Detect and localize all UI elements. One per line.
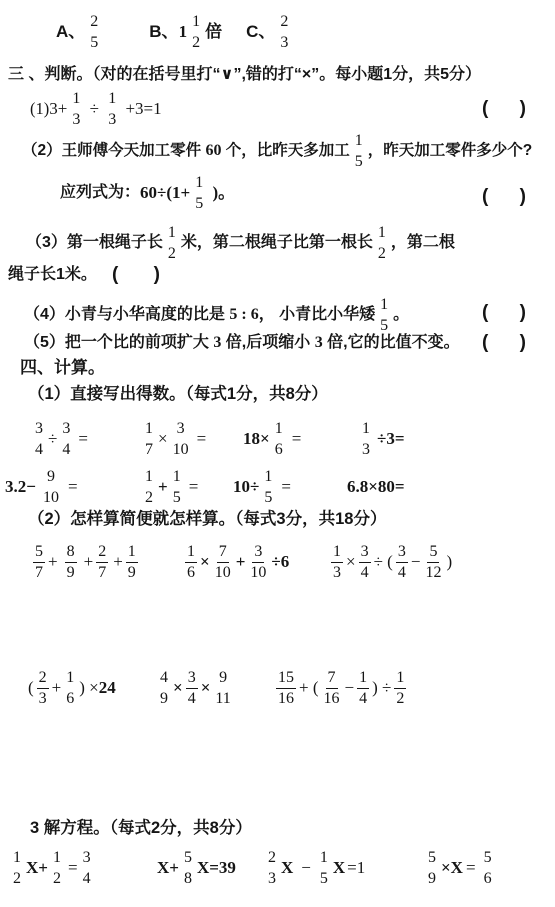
fraction-numerator: 2: [96, 544, 108, 563]
paren-close: ): [520, 332, 526, 354]
paren-open: (: [482, 332, 488, 354]
text-run: 三 、判断。（对的在括号里打“∨”,错的打“×”。每小题1分，共5分）: [8, 66, 481, 84]
text-run: 倍: [205, 22, 222, 42]
fraction-numerator: 1: [353, 133, 365, 153]
fraction: 911: [213, 670, 232, 707]
fraction: 12: [51, 850, 63, 887]
fraction-numerator: 5: [482, 850, 494, 870]
paren-close: ): [520, 98, 526, 120]
fraction-denominator: 10: [248, 564, 268, 581]
section3-title: 三 、判断。（对的在括号里打“∨”,错的打“×”。每小题1分，共5分）: [8, 62, 481, 88]
fraction-numerator: 3: [81, 850, 93, 870]
fraction-denominator: 7: [96, 564, 108, 581]
fraction: 15: [193, 175, 205, 212]
text-run: 3+: [49, 99, 67, 119]
fraction: 12: [166, 225, 178, 262]
fraction-denominator: 6: [482, 870, 494, 887]
fraction-denominator: 12: [423, 564, 443, 581]
fraction-numerator: 1: [262, 469, 274, 489]
text-run: ×X: [441, 858, 463, 878]
fraction: 34: [186, 670, 198, 707]
text-run: −: [301, 858, 311, 878]
text-run: =: [78, 429, 88, 449]
text-run: 绳子长1米。: [8, 266, 97, 284]
fraction-numerator: 1: [360, 421, 372, 441]
fraction: 710: [213, 544, 233, 581]
section4-sub1: （1）直接写出得数。（每式1分，共8分）: [28, 381, 328, 407]
calc-a4: 13÷3=: [357, 414, 405, 464]
fraction: 15: [262, 469, 274, 506]
text-run: A、: [56, 22, 85, 42]
text-run: 个，比昨天多加工: [221, 142, 349, 160]
text-run: ，第二根: [391, 234, 455, 252]
answer-parentheses: (): [112, 264, 160, 286]
text-run: 18×: [243, 429, 270, 449]
paren-open: (: [482, 98, 488, 120]
fraction: 19: [126, 544, 138, 581]
calc-b4: 6.8×80=: [347, 462, 405, 512]
fraction-numerator: 1: [378, 297, 390, 317]
fraction-numerator: 1: [331, 544, 343, 563]
fraction-numerator: 5: [427, 544, 439, 563]
judge-answer-5: (): [482, 330, 526, 356]
fraction: 56: [482, 850, 494, 887]
fraction-denominator: 3: [37, 690, 49, 707]
spacer: [36, 487, 38, 488]
fraction: 17: [143, 421, 155, 458]
fraction: 13: [360, 421, 372, 458]
equation-e3: 23X−15X=1: [263, 841, 365, 895]
fraction-denominator: 9: [158, 690, 170, 707]
text-run: 1: [179, 22, 188, 42]
fraction-numerator: 1: [171, 469, 183, 489]
fraction-numerator: 3: [396, 544, 408, 563]
simplify-d3: 1516+ (716−14) ÷12: [273, 660, 409, 716]
fraction-denominator: 11: [213, 690, 232, 707]
fraction: 34: [359, 544, 371, 581]
text-run: 60÷(1+: [140, 183, 190, 203]
answer-parentheses: (): [482, 332, 526, 354]
fraction: 12: [190, 14, 202, 51]
text-run: )。: [208, 183, 235, 203]
fraction: 49: [158, 670, 170, 707]
fraction-numerator: 1: [126, 544, 138, 563]
text-run: =1: [347, 858, 365, 878]
text-run: +3=1: [121, 99, 161, 119]
text-run: ×: [173, 678, 183, 698]
calc-b1: 3.2−910=: [5, 462, 78, 512]
text-run: =: [281, 477, 291, 497]
fraction: 716: [322, 670, 342, 707]
text-run: +: [84, 552, 94, 572]
choice-options-line: A、25B、112倍C、23: [56, 8, 293, 56]
fraction: 16: [273, 421, 285, 458]
solve-title: 3 解方程。（每式2分，共8分）: [30, 815, 252, 841]
text-run: ÷: [85, 99, 103, 119]
fraction-numerator: 8: [65, 544, 77, 563]
fraction-numerator: 1: [190, 14, 202, 34]
text-run: 倍,它的比值不变。: [323, 334, 460, 352]
fraction-numerator: 1: [318, 850, 330, 870]
text-run: 24: [99, 678, 116, 698]
fraction-denominator: 5: [88, 34, 100, 51]
text-run: ) ×: [79, 678, 99, 698]
fraction: 12: [376, 225, 388, 262]
text-run: ÷6: [271, 552, 289, 572]
text-run: C、: [246, 22, 275, 42]
fraction: 25: [88, 14, 100, 51]
calc-a1: 34÷34=: [30, 414, 88, 464]
fraction: 23: [266, 850, 278, 887]
fraction-numerator: 2: [88, 14, 100, 34]
fraction-denominator: 4: [33, 441, 45, 458]
fraction-numerator: 1: [166, 225, 178, 245]
text-run: −: [345, 678, 355, 698]
fraction-denominator: 4: [359, 564, 371, 581]
fraction-denominator: 6: [273, 441, 285, 458]
fraction-numerator: 1: [51, 850, 63, 870]
text-run: （5）把一个比的前项扩大: [24, 334, 213, 352]
simplify-c1: 57+89+27+19: [30, 534, 141, 590]
paren-close: ): [520, 186, 526, 208]
fraction: 310: [171, 421, 191, 458]
simplify-c2: 16×710+310÷6: [182, 534, 289, 590]
answer-parentheses: (): [482, 302, 526, 324]
fraction-numerator: 2: [37, 670, 49, 689]
judge-answer-2: (): [482, 184, 526, 210]
fraction-denominator: 5: [353, 153, 365, 170]
fraction: 12: [143, 469, 155, 506]
fraction: 23: [37, 670, 49, 707]
text-run: ÷3=: [377, 429, 405, 449]
text-run: （2）怎样算简便就怎样算。（每式3分，共18分）: [28, 510, 386, 529]
text-run: + (: [299, 678, 319, 698]
text-run: （1）直接写出得数。（每式1分，共8分）: [28, 385, 328, 404]
fraction-numerator: 9: [45, 469, 57, 489]
paren-open: (: [112, 264, 118, 286]
fraction-denominator: 9: [426, 870, 438, 887]
fraction-denominator: 4: [396, 564, 408, 581]
text-run: −: [411, 552, 421, 572]
text-run: =: [68, 477, 78, 497]
fraction-numerator: 5: [426, 850, 438, 870]
text-run: ， 小青比小华矮: [259, 306, 375, 324]
text-run: +: [113, 552, 123, 572]
fraction-denominator: 8: [182, 870, 194, 887]
text-run: =: [189, 477, 199, 497]
text-run: ): [446, 552, 452, 572]
fraction-denominator: 3: [106, 111, 118, 128]
simplify-c3: 13×34÷ (34−512): [328, 534, 452, 590]
calc-b3: 10÷15=: [233, 462, 291, 512]
fraction: 34: [396, 544, 408, 581]
spacer: [103, 32, 149, 33]
judge-item-5: （5）把一个比的前项扩大 3 倍,后项缩小 3 倍,它的比值不变。: [24, 330, 460, 356]
judge-item-2-line2: 应列式为：60÷(1+15 )。: [60, 168, 235, 218]
fraction-denominator: 2: [51, 870, 63, 887]
fraction-numerator: 15: [276, 670, 296, 689]
judge-answer-4: (): [482, 300, 526, 326]
fraction-denominator: 7: [33, 564, 45, 581]
fraction: 89: [65, 544, 77, 581]
fraction-numerator: 1: [106, 91, 118, 111]
fraction: 34: [60, 421, 72, 458]
fraction-denominator: 2: [11, 870, 23, 887]
judge-item-3-line2: 绳子长1米。: [8, 262, 97, 288]
fraction: 14: [357, 670, 369, 707]
fraction: 15: [353, 133, 365, 170]
fraction-numerator: 1: [394, 670, 406, 689]
fraction-numerator: 2: [266, 850, 278, 870]
text-run: X: [281, 858, 293, 878]
text-run: ×: [200, 552, 210, 572]
worksheet-page: A、25B、112倍C、23三 、判断。（对的在括号里打“∨”,错的打“×”。每…: [0, 0, 555, 907]
fraction: 512: [423, 544, 443, 581]
calc-b2: 12+15=: [140, 462, 198, 512]
text-run: ，昨天加工零件多少个?: [368, 142, 532, 160]
fraction: 27: [96, 544, 108, 581]
fraction-denominator: 9: [126, 564, 138, 581]
text-run: （2）王师傅今天加工零件: [22, 142, 205, 160]
fraction: 23: [278, 14, 290, 51]
fraction-numerator: 2: [278, 14, 290, 34]
fraction: 12: [394, 670, 406, 707]
fraction-denominator: 4: [357, 690, 369, 707]
text-run: 倍,后项缩小: [221, 334, 314, 352]
fraction-numerator: 7: [217, 544, 229, 563]
text-run: 3: [213, 334, 221, 352]
section4-title: 四、计算。: [20, 356, 105, 380]
text-run: 3 解方程。（每式2分，共8分）: [30, 819, 252, 838]
text-run: B、: [149, 22, 178, 42]
section4-sub2: （2）怎样算简便就怎样算。（每式3分，共18分）: [28, 506, 386, 532]
text-run: 10÷: [233, 477, 259, 497]
fraction-denominator: 5: [318, 870, 330, 887]
fraction-numerator: 3: [186, 670, 198, 689]
fraction: 1516: [276, 670, 296, 707]
fraction-numerator: 3: [60, 421, 72, 441]
text-run: ÷: [48, 429, 57, 449]
fraction-denominator: 7: [143, 441, 155, 458]
fraction-numerator: 1: [185, 544, 197, 563]
text-run: X+: [157, 858, 179, 878]
fraction: 310: [248, 544, 268, 581]
paren-open: (: [482, 186, 488, 208]
text-run: 四、计算。: [20, 358, 105, 378]
fraction-denominator: 5: [262, 489, 274, 506]
fraction-numerator: 1: [11, 850, 23, 870]
equation-e2: X+58X=39: [157, 841, 236, 895]
calc-a3: 18×16=: [243, 414, 301, 464]
text-run: 5 : 6: [229, 306, 258, 324]
text-run: 米，第二根绳子比第一根长: [181, 234, 373, 252]
text-run: X+: [26, 858, 48, 878]
text-run: +: [236, 552, 246, 572]
fraction: 12: [11, 850, 23, 887]
text-run: （4）小青与小华高度的比是: [24, 306, 229, 324]
fraction: 34: [33, 421, 45, 458]
text-run: X=39: [197, 858, 236, 878]
text-run: ×: [158, 429, 168, 449]
fraction: 15: [171, 469, 183, 506]
judge-item-3-line1: （3）第一根绳子长12米，第二根绳子比第一根长12，第二根: [26, 218, 455, 268]
fraction-numerator: 1: [143, 421, 155, 441]
fraction-denominator: 16: [276, 690, 296, 707]
text-run: 3: [315, 334, 323, 352]
fraction-denominator: 10: [41, 489, 61, 506]
fraction-denominator: 2: [143, 489, 155, 506]
fraction: 59: [426, 850, 438, 887]
text-run: 6.8×80=: [347, 477, 405, 497]
fraction-numerator: 1: [273, 421, 285, 441]
judge-answer-1: (): [482, 96, 526, 122]
fraction: 13: [106, 91, 118, 128]
fraction-numerator: 1: [193, 175, 205, 195]
equation-e4: 59×X=56: [423, 841, 497, 895]
text-run: 3.2−: [5, 477, 36, 497]
answer-parentheses: (): [482, 98, 526, 120]
fraction-denominator: 16: [322, 690, 342, 707]
fraction-numerator: 4: [158, 670, 170, 690]
judge-answer-3: (): [112, 262, 160, 288]
text-run: =: [68, 858, 78, 878]
fraction-numerator: 1: [70, 91, 82, 111]
fraction-numerator: 3: [252, 544, 264, 563]
fraction: 13: [331, 544, 343, 581]
equation-e1: 12X+12=34: [8, 841, 96, 895]
fraction-numerator: 3: [175, 421, 187, 441]
fraction-denominator: 3: [360, 441, 372, 458]
fraction-denominator: 3: [70, 111, 82, 128]
fraction-denominator: 10: [171, 441, 191, 458]
text-run: +: [52, 678, 62, 698]
text-run: =: [197, 429, 207, 449]
paren-close: ): [154, 264, 160, 286]
simplify-d1: (23+16) ×24: [28, 660, 116, 716]
fraction-denominator: 3: [278, 34, 290, 51]
fraction-numerator: 3: [359, 544, 371, 563]
fraction-denominator: 2: [376, 245, 388, 262]
fraction-denominator: 6: [64, 690, 76, 707]
simplify-d2: 49×34×911: [155, 660, 236, 716]
text-run: (: [28, 678, 34, 698]
text-run: =: [292, 429, 302, 449]
fraction-denominator: 2: [394, 690, 406, 707]
text-run: ×: [346, 552, 356, 572]
fraction-denominator: 6: [185, 564, 197, 581]
text-run: ÷ (: [374, 552, 393, 572]
fraction-denominator: 4: [186, 690, 198, 707]
text-run: ) ÷: [372, 678, 391, 698]
calc-a2: 17×310=: [140, 414, 206, 464]
fraction-denominator: 5: [171, 489, 183, 506]
text-run: =: [466, 858, 476, 878]
fraction-numerator: 3: [33, 421, 45, 441]
fraction: 34: [81, 850, 93, 887]
fraction-numerator: 7: [326, 670, 338, 689]
fraction-denominator: 4: [60, 441, 72, 458]
text-run: 应列式为：: [60, 184, 140, 202]
fraction: 16: [185, 544, 197, 581]
fraction-numerator: 1: [357, 670, 369, 689]
text-run: ×: [201, 678, 211, 698]
fraction-denominator: 3: [331, 564, 343, 581]
fraction-denominator: 3: [266, 870, 278, 887]
spacer: [476, 868, 479, 869]
fraction-denominator: 4: [81, 870, 93, 887]
spacer: [222, 32, 246, 33]
fraction-denominator: 5: [193, 195, 205, 212]
fraction: 57: [33, 544, 45, 581]
spacer: [293, 868, 301, 869]
fraction-numerator: 1: [64, 670, 76, 690]
fraction-numerator: 5: [182, 850, 194, 870]
fraction: 58: [182, 850, 194, 887]
fraction-denominator: 10: [213, 564, 233, 581]
text-run: （3）第一根绳子长: [26, 234, 163, 252]
text-run: X: [333, 858, 345, 878]
answer-parentheses: (): [482, 186, 526, 208]
paren-close: ): [520, 302, 526, 324]
fraction: 16: [64, 670, 76, 707]
fraction: 910: [41, 469, 61, 506]
fraction-numerator: 5: [33, 544, 45, 563]
fraction-numerator: 9: [217, 670, 229, 690]
text-run: (1): [30, 100, 49, 119]
fraction-denominator: 2: [166, 245, 178, 262]
text-run: 60: [205, 142, 221, 160]
spacer: [311, 868, 315, 869]
text-run: +: [48, 552, 58, 572]
fraction-numerator: 1: [143, 469, 155, 489]
spacer: [58, 562, 62, 563]
fraction: 15: [378, 297, 390, 334]
paren-open: (: [482, 302, 488, 324]
text-run: 。: [393, 306, 409, 324]
fraction-denominator: 9: [65, 564, 77, 581]
fraction: 15: [318, 850, 330, 887]
fraction-numerator: 1: [376, 225, 388, 245]
fraction-denominator: 2: [190, 34, 202, 51]
fraction: 13: [70, 91, 82, 128]
text-run: +: [158, 477, 168, 497]
